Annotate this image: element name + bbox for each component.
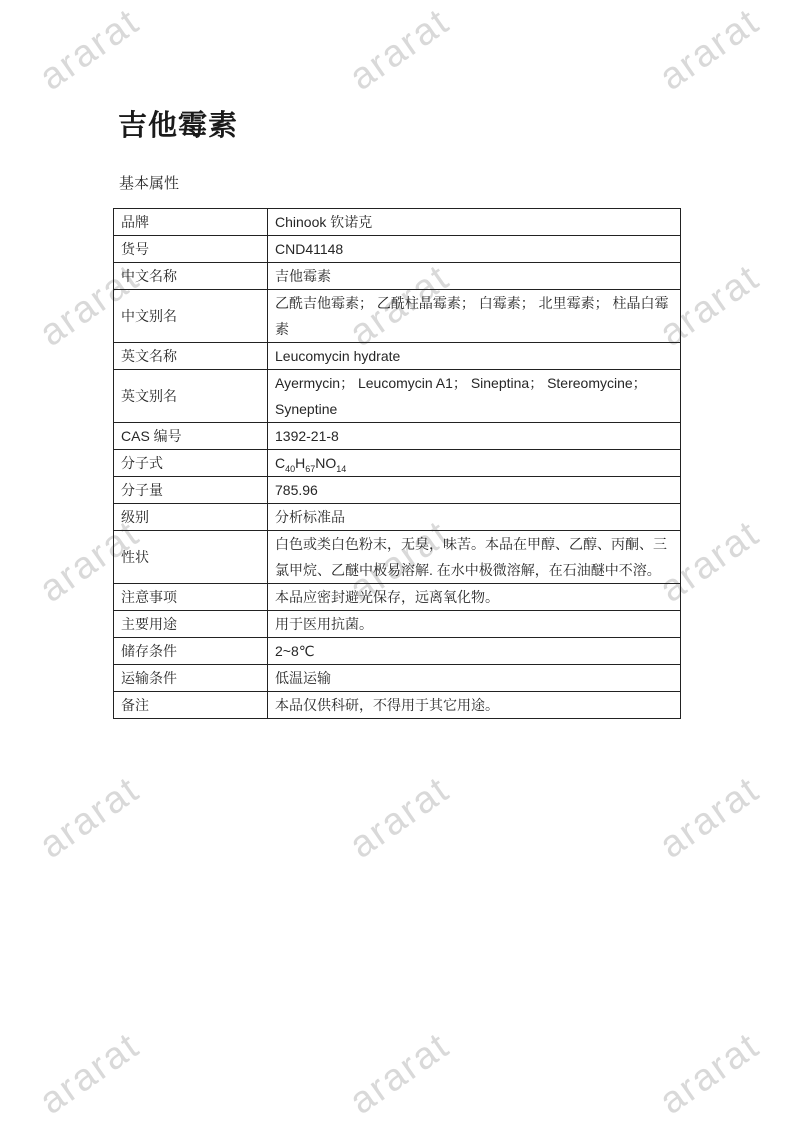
table-row: 中文别名乙酰吉他霉素； 乙酰柱晶霉素； 白霉素； 北里霉素； 柱晶白霉素: [114, 290, 681, 343]
table-row: 品牌Chinook 钦诺克: [114, 209, 681, 236]
watermark-text: ararat: [342, 1024, 458, 1122]
row-label: 英文名称: [114, 343, 268, 370]
properties-table: 品牌Chinook 钦诺克货号CND41148中文名称吉他霉素中文别名乙酰吉他霉…: [113, 208, 681, 719]
table-row: 货号CND41148: [114, 236, 681, 263]
row-value: Ayermycin； Leucomycin A1； Sineptina； Ste…: [268, 370, 681, 423]
watermark-text: ararat: [342, 768, 458, 867]
row-value: 本品仅供科研，不得用于其它用途。: [268, 692, 681, 719]
row-label: 品牌: [114, 209, 268, 236]
table-row: CAS 编号1392-21-8: [114, 423, 681, 450]
table-row: 运输条件低温运输: [114, 665, 681, 692]
row-label: 级别: [114, 504, 268, 531]
row-value: 白色或类白色粉末，无臭，味苦。本品在甲醇、乙醇、丙酮、三氯甲烷、乙醚中极易溶解.…: [268, 531, 681, 584]
watermark-text: ararat: [652, 768, 768, 867]
table-row: 分子量785.96: [114, 477, 681, 504]
formula-subscript: 14: [336, 464, 346, 474]
table-row: 英文名称Leucomycin hydrate: [114, 343, 681, 370]
table-row: 分子式C40H67NO14: [114, 450, 681, 477]
row-value: 吉他霉素: [268, 263, 681, 290]
table-row: 英文别名Ayermycin； Leucomycin A1； Sineptina；…: [114, 370, 681, 423]
row-label: 英文别名: [114, 370, 268, 423]
row-value: C40H67NO14: [268, 450, 681, 477]
watermark-text: ararat: [32, 0, 148, 99]
row-value: 用于医用抗菌。: [268, 611, 681, 638]
table-row: 储存条件2~8℃: [114, 638, 681, 665]
section-heading: 基本属性: [119, 172, 179, 193]
row-label: 性状: [114, 531, 268, 584]
row-label: CAS 编号: [114, 423, 268, 450]
row-value: 分析标准品: [268, 504, 681, 531]
watermark-text: ararat: [342, 0, 458, 99]
table-row: 级别分析标准品: [114, 504, 681, 531]
row-label: 运输条件: [114, 665, 268, 692]
watermark-text: ararat: [652, 0, 768, 99]
document-page: araratararatararatararatararatararatarar…: [0, 0, 793, 1122]
formula-subscript: 67: [305, 464, 315, 474]
watermark-text: ararat: [32, 1024, 148, 1122]
row-value: 本品应密封避光保存，远离氧化物。: [268, 584, 681, 611]
row-value: 1392-21-8: [268, 423, 681, 450]
row-value: 乙酰吉他霉素； 乙酰柱晶霉素； 白霉素； 北里霉素； 柱晶白霉素: [268, 290, 681, 343]
row-label: 货号: [114, 236, 268, 263]
table-row: 中文名称吉他霉素: [114, 263, 681, 290]
row-label: 主要用途: [114, 611, 268, 638]
row-label: 中文别名: [114, 290, 268, 343]
row-value: CND41148: [268, 236, 681, 263]
table-row: 注意事项本品应密封避光保存，远离氧化物。: [114, 584, 681, 611]
table-row: 主要用途用于医用抗菌。: [114, 611, 681, 638]
page-title: 吉他霉素: [118, 103, 238, 144]
row-value: Leucomycin hydrate: [268, 343, 681, 370]
row-label: 备注: [114, 692, 268, 719]
row-value: 785.96: [268, 477, 681, 504]
watermark-text: ararat: [32, 768, 148, 867]
row-label: 注意事项: [114, 584, 268, 611]
watermark-text: ararat: [652, 1024, 768, 1122]
row-value: 低温运输: [268, 665, 681, 692]
row-value: Chinook 钦诺克: [268, 209, 681, 236]
row-label: 储存条件: [114, 638, 268, 665]
table-row: 性状白色或类白色粉末，无臭，味苦。本品在甲醇、乙醇、丙酮、三氯甲烷、乙醚中极易溶…: [114, 531, 681, 584]
properties-table-body: 品牌Chinook 钦诺克货号CND41148中文名称吉他霉素中文别名乙酰吉他霉…: [114, 209, 681, 719]
row-value: 2~8℃: [268, 638, 681, 665]
row-label: 分子量: [114, 477, 268, 504]
row-label: 分子式: [114, 450, 268, 477]
formula-subscript: 40: [285, 464, 295, 474]
row-label: 中文名称: [114, 263, 268, 290]
table-row: 备注本品仅供科研，不得用于其它用途。: [114, 692, 681, 719]
